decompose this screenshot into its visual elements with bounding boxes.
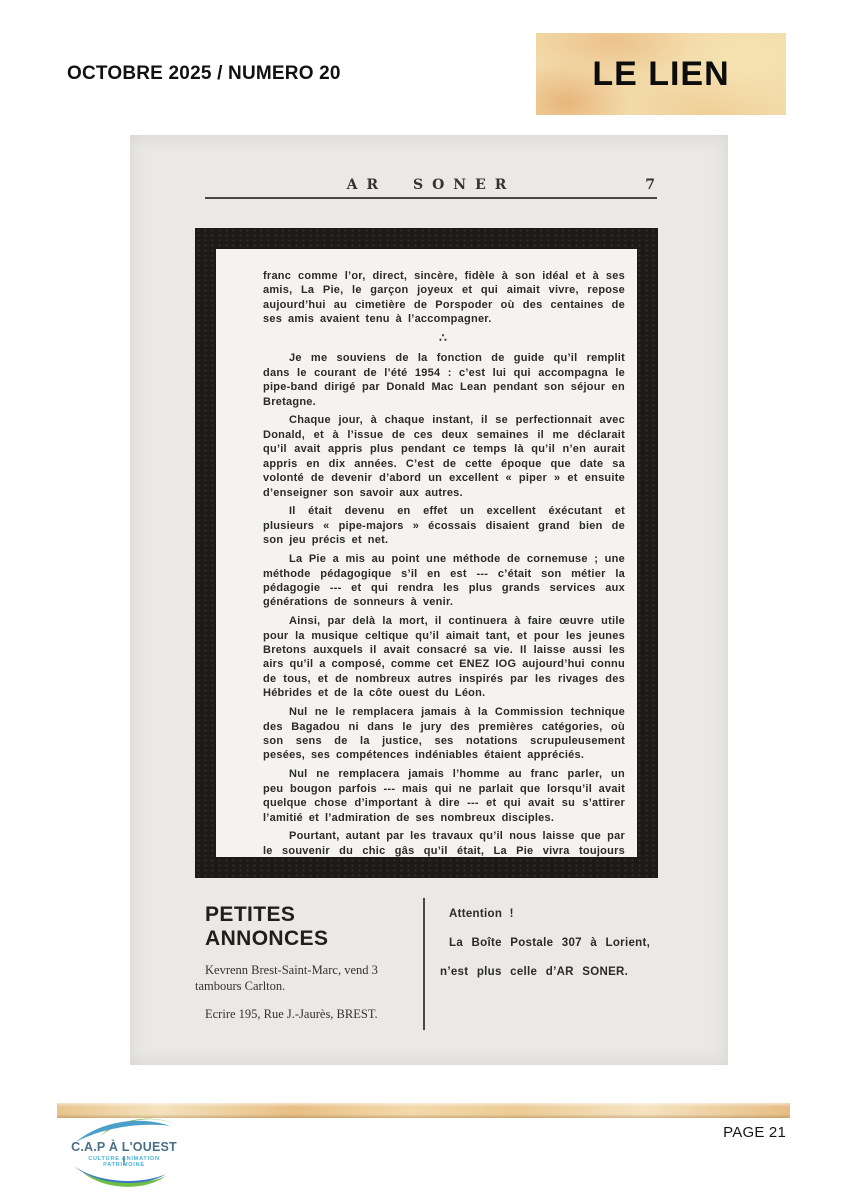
article-paragraphs: Je me souviens de la fonction de guide q… [263, 351, 625, 857]
attention-line: n’est plus celle d’AR SONER. [440, 966, 657, 978]
annonce-item: Ecrire 195, Rue J.-Jaurès, BREST. [195, 1006, 407, 1022]
annonces-items: Kevrenn Brest-Saint-Marc, vend 3 tambour… [195, 962, 407, 1022]
memorial-frame: franc comme l’or, direct, sincère, fidèl… [195, 228, 658, 878]
section-separator-ornament: ∴ [263, 331, 625, 347]
article-paragraph: Pourtant, autant par les travaux qu’il n… [263, 829, 625, 857]
annonces-heading: PETITES ANNONCES [205, 903, 407, 951]
attention-title: Attention ! [449, 908, 657, 920]
petites-annonces-section: PETITES ANNONCES Kevrenn Brest-Saint-Mar… [195, 898, 657, 1030]
cap-a-louest-logo: C.A.P À L'OUEST ! CULTURE ANIMATION PATR… [62, 1112, 184, 1192]
scan-page-number: 7 [645, 177, 655, 193]
attention-line: La Boîte Postale 307 à Lorient, [449, 937, 657, 949]
article-paragraph: La Pie a mis au point une méthode de cor… [263, 552, 625, 610]
article-paragraph: Ainsi, par delà la mort, il continuera à… [263, 614, 625, 700]
masthead-row: AR SONER 7 [205, 177, 657, 197]
issue-line: OCTOBRE 2025 / NUMERO 20 [67, 63, 341, 85]
masthead-rule [205, 197, 657, 199]
logo-subtitle: CULTURE ANIMATION PATRIMOINE [68, 1156, 180, 1168]
article-paragraph: Nul ne remplacera jamais l’homme au fran… [263, 767, 625, 825]
newsletter-title-box: LE LIEN [536, 33, 786, 115]
article-paragraph: Il était devenu en effet un excellent éx… [263, 504, 625, 547]
article-paragraph: Nul ne le remplacera jamais à la Commiss… [263, 705, 625, 763]
scanned-page: AR SONER 7 franc comme l’or, direct, sin… [130, 135, 728, 1065]
newsletter-page: OCTOBRE 2025 / NUMERO 20 LE LIEN AR SONE… [0, 0, 851, 1200]
article-paragraph: Chaque jour, à chaque instant, il se per… [263, 413, 625, 499]
article-lead-paragraph: franc comme l’or, direct, sincère, fidèl… [263, 269, 625, 327]
annonces-right-column: Attention ! La Boîte Postale 307 à Lorie… [425, 898, 657, 1030]
annonce-item: Kevrenn Brest-Saint-Marc, vend 3 tambour… [195, 962, 407, 995]
memorial-article: franc comme l’or, direct, sincère, fidèl… [216, 249, 637, 857]
masthead-title: AR SONER [205, 177, 657, 193]
attention-lines: La Boîte Postale 307 à Lorient,n’est plu… [440, 937, 657, 978]
newsletter-title: LE LIEN [592, 55, 729, 94]
annonces-left-column: PETITES ANNONCES Kevrenn Brest-Saint-Mar… [195, 898, 425, 1030]
article-body: franc comme l’or, direct, sincère, fidèl… [263, 269, 625, 857]
article-paragraph: Je me souviens de la fonction de guide q… [263, 351, 625, 409]
page-number-label: PAGE 21 [723, 1124, 786, 1141]
